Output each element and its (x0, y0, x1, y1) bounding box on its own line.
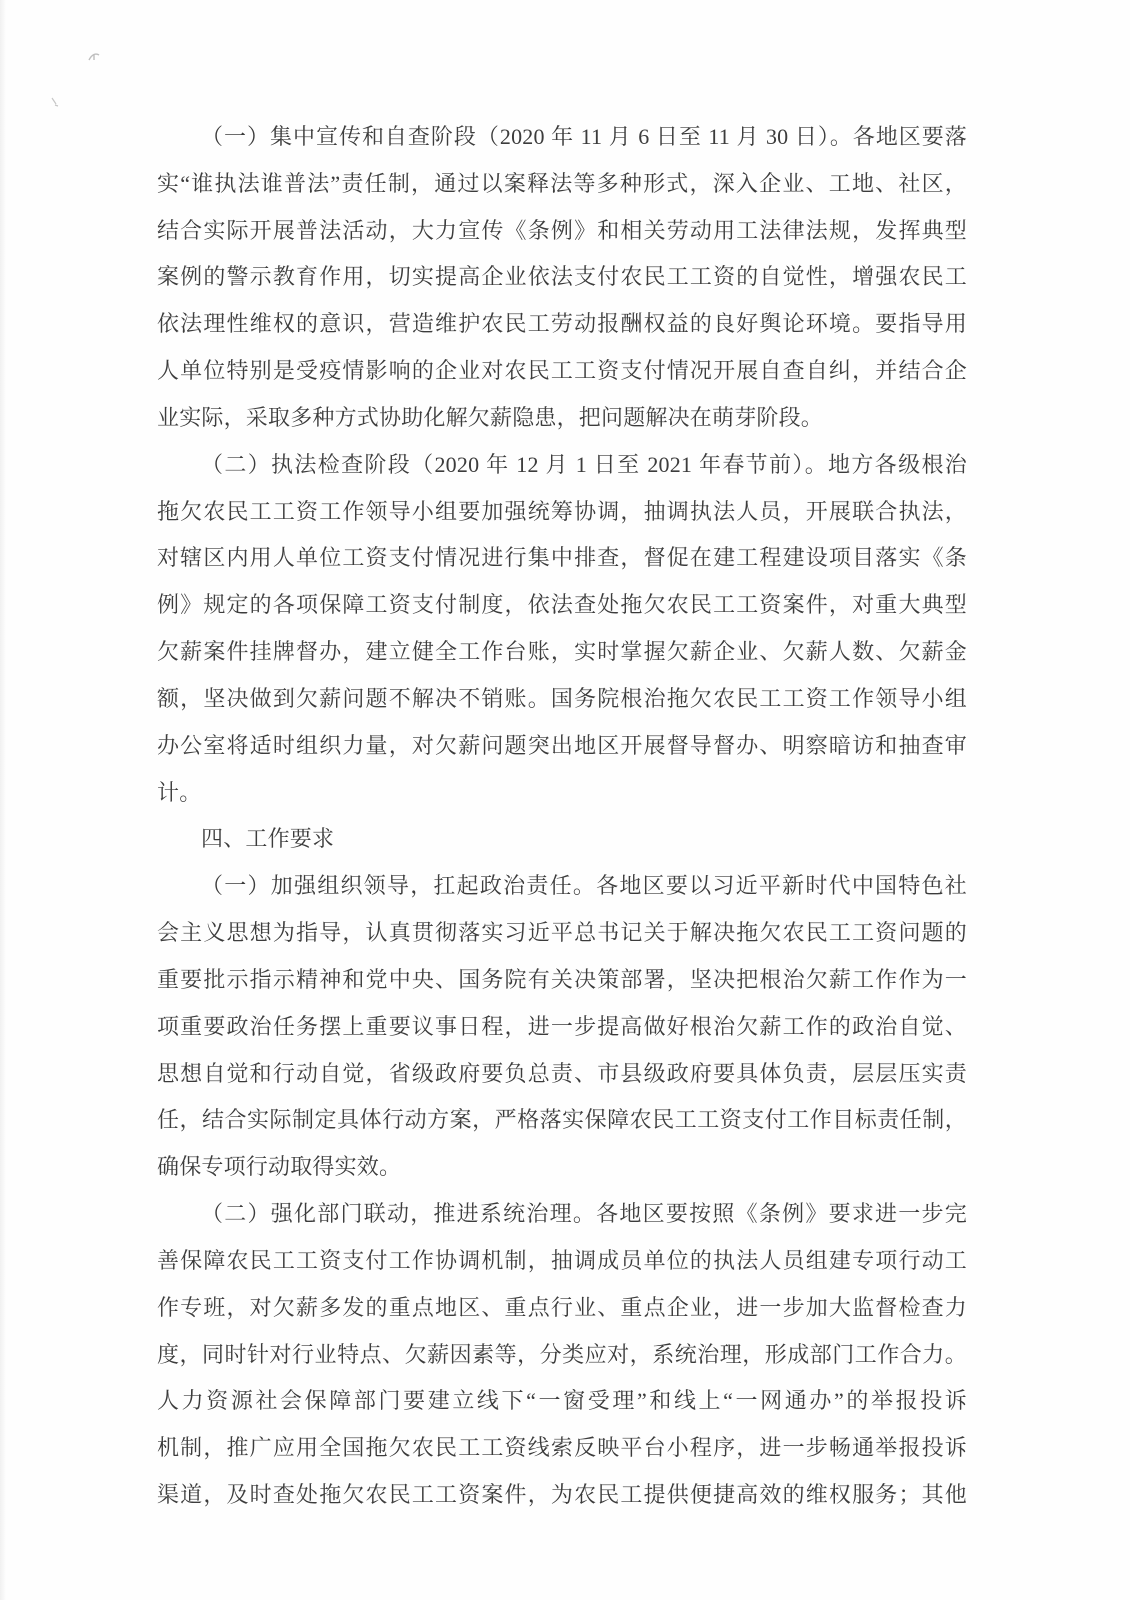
paragraph: （一）集中宣传和自查阶段（2020 年 11 月 6 日至 11 月 30 日）… (157, 114, 967, 442)
paragraph: （一）加强组织领导，扛起政治责任。各地区要以习近平新时代中国特色社 会主义思想为… (157, 863, 967, 1191)
text-line: 重要批示指示精神和党中央、国务院有关决策部署，坚决把根治欠薪工作作为一 (157, 957, 967, 1004)
scanner-edge-shadow (0, 0, 6, 1600)
text-line: 机制，推广应用全国拖欠农民工工资线索反映平台小程序，进一步畅通举报投诉 (157, 1425, 967, 1472)
scan-speck-mark (50, 96, 60, 108)
text-line: 欠薪案件挂牌督办，建立健全工作台账，实时掌握欠薪企业、欠薪人数、欠薪金 (157, 629, 967, 676)
text-line: 拖欠农民工工资工作领导小组要加强统筹协调，抽调执法人员，开展联合执法， (157, 489, 967, 536)
text-line: 结合实际开展普法活动，大力宣传《条例》和相关劳动用工法律法规，发挥典型 (157, 208, 967, 255)
text-line: 额，坚决做到欠薪问题不解决不销账。国务院根治拖欠农民工工资工作领导小组 (157, 676, 967, 723)
text-line: （一）集中宣传和自查阶段（2020 年 11 月 6 日至 11 月 30 日）… (157, 114, 967, 161)
text-line: 实“谁执法谁普法”责任制，通过以案释法等多种形式，深入企业、工地、社区， (157, 161, 967, 208)
document-page: { "page": { "background": "#fefefe", "te… (0, 0, 1130, 1600)
text-line: （二）强化部门联动，推进系统治理。各地区要按照《条例》要求进一步完 (157, 1191, 967, 1238)
paragraph: （二）执法检查阶段（2020 年 12 月 1 日至 2021 年春节前）。地方… (157, 442, 967, 817)
paragraph: （二）强化部门联动，推进系统治理。各地区要按照《条例》要求进一步完 善保障农民工… (157, 1191, 967, 1519)
text-line: 人力资源社会保障部门要建立线下“一窗受理”和线上“一网通办”的举报投诉 (157, 1378, 967, 1425)
text-line: 度，同时针对行业特点、欠薪因素等，分类应对，系统治理，形成部门工作合力。 (157, 1332, 967, 1379)
text-line: 依法理性维权的意识，营造维护农民工劳动报酬权益的良好舆论环境。要指导用 (157, 301, 967, 348)
text-line: 业实际，采取多种方式协助化解欠薪隐患，把问题解决在萌芽阶段。 (157, 395, 967, 442)
text-line: 对辖区内用人单位工资支付情况进行集中排查，督促在建工程建设项目落实《条 (157, 535, 967, 582)
text-line: （一）加强组织领导，扛起政治责任。各地区要以习近平新时代中国特色社 (157, 863, 967, 910)
text-line: 任，结合实际制定具体行动方案，严格落实保障农民工工资支付工作目标责任制， (157, 1097, 967, 1144)
text-line: 计。 (157, 770, 967, 817)
text-line: 项重要政治任务摆上重要议事日程，进一步提高做好根治欠薪工作的政治自觉、 (157, 1004, 967, 1051)
text-line: 会主义思想为指导，认真贯彻落实习近平总书记关于解决拖欠农民工工资问题的 (157, 910, 967, 957)
text-line: 思想自觉和行动自觉，省级政府要负总责、市县级政府要具体负责，层层压实责 (157, 1051, 967, 1098)
paragraph: 四、工作要求 (157, 816, 967, 863)
text-line: （二）执法检查阶段（2020 年 12 月 1 日至 2021 年春节前）。地方… (157, 442, 967, 489)
text-line: 人单位特别是受疫情影响的企业对农民工工资支付情况开展自查自纠，并结合企 (157, 348, 967, 395)
text-line: 作专班，对欠薪多发的重点地区、重点行业、重点企业，进一步加大监督检查力 (157, 1285, 967, 1332)
text-line: 例》规定的各项保障工资支付制度，依法查处拖欠农民工工资案件，对重大典型 (157, 582, 967, 629)
text-line: 案例的警示教育作用，切实提高企业依法支付农民工工资的自觉性，增强农民工 (157, 254, 967, 301)
text-line: 确保专项行动取得实效。 (157, 1144, 967, 1191)
text-line: 善保障农民工工资支付工作协调机制，抽调成员单位的执法人员组建专项行动工 (157, 1238, 967, 1285)
document-body: （一）集中宣传和自查阶段（2020 年 11 月 6 日至 11 月 30 日）… (157, 114, 967, 1519)
text-line: 渠道，及时查处拖欠农民工工资案件，为农民工提供便捷高效的维权服务；其他 (157, 1472, 967, 1519)
text-line: 办公室将适时组织力量，对欠薪问题突出地区开展督导督办、明察暗访和抽查审 (157, 723, 967, 770)
section-heading: 四、工作要求 (157, 816, 967, 863)
scan-speck-mark (86, 50, 102, 68)
